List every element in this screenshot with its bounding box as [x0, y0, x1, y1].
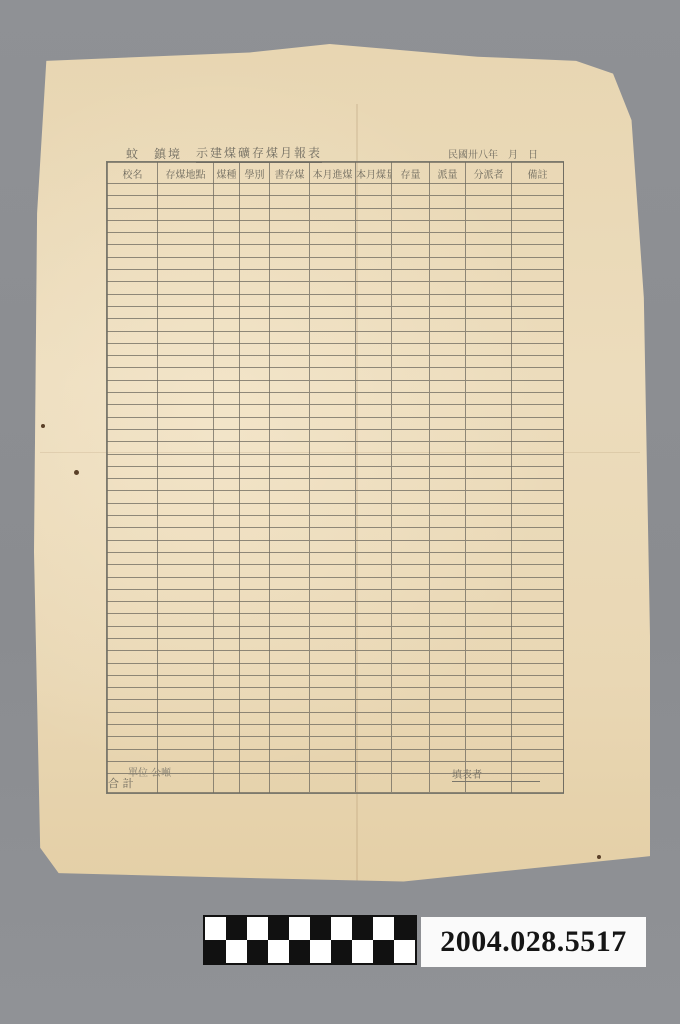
table-cell [240, 208, 270, 220]
accession-number-label: 2004.028.5517 [421, 917, 646, 967]
table-cell [310, 417, 356, 429]
table-cell [466, 675, 512, 687]
table-cell [158, 589, 214, 601]
table-cell [430, 466, 466, 478]
table-cell [270, 208, 310, 220]
table-cell [356, 380, 392, 392]
table-cell [108, 208, 158, 220]
table-cell [158, 540, 214, 552]
scale-square [268, 940, 289, 963]
table-cell [158, 368, 214, 380]
table-cell [356, 405, 392, 417]
table-cell [108, 343, 158, 355]
table-row [108, 700, 564, 712]
table-cell [430, 282, 466, 294]
table-cell [214, 528, 240, 540]
table-cell [392, 528, 430, 540]
table-cell [392, 491, 430, 503]
table-cell [392, 270, 430, 282]
table-cell [214, 368, 240, 380]
table-cell [356, 479, 392, 491]
table-cell [310, 700, 356, 712]
table-cell [466, 257, 512, 269]
table-cell [214, 577, 240, 589]
table-row [108, 306, 564, 318]
table-cell [214, 491, 240, 503]
table-cell [356, 356, 392, 368]
table-cell [108, 417, 158, 429]
table-cell [158, 466, 214, 478]
table-row [108, 184, 564, 196]
table-cell [392, 368, 430, 380]
table-cell [108, 319, 158, 331]
table-cell [270, 565, 310, 577]
table-cell [392, 675, 430, 687]
table-cell [240, 528, 270, 540]
table-cell [356, 270, 392, 282]
title-prefix: 蚊 [126, 145, 140, 162]
scale-square [352, 917, 373, 940]
table-cell [270, 589, 310, 601]
table-row [108, 688, 564, 700]
table-cell [430, 442, 466, 454]
table-cell [512, 306, 564, 318]
table-row [108, 540, 564, 552]
table-cell [430, 343, 466, 355]
table-cell [310, 688, 356, 700]
table-cell [310, 479, 356, 491]
scale-square [289, 917, 310, 940]
table-cell [392, 540, 430, 552]
table-cell [240, 343, 270, 355]
table-cell [430, 565, 466, 577]
table-row [108, 725, 564, 737]
date-line: 民國卅八年 月 日 [448, 146, 538, 161]
table-cell [310, 516, 356, 528]
table-cell [512, 614, 564, 626]
table-cell [240, 614, 270, 626]
table-cell [466, 528, 512, 540]
table-cell [240, 749, 270, 761]
table-cell [356, 737, 392, 749]
table-cell [214, 257, 240, 269]
table-row [108, 380, 564, 392]
table-cell [430, 614, 466, 626]
table-cell [430, 454, 466, 466]
table-cell [430, 725, 466, 737]
table-cell [512, 479, 564, 491]
header-allocator: 分派者 [466, 163, 512, 184]
table-cell [392, 638, 430, 650]
table-cell [108, 675, 158, 687]
table-cell [158, 454, 214, 466]
table-cell [512, 417, 564, 429]
table-cell [466, 442, 512, 454]
table-cell [356, 257, 392, 269]
scale-square [310, 917, 331, 940]
table-cell [108, 651, 158, 663]
table-cell [310, 651, 356, 663]
table-cell [512, 737, 564, 749]
table-cell [214, 614, 240, 626]
table-cell [310, 675, 356, 687]
table-cell [356, 331, 392, 343]
table-cell [392, 454, 430, 466]
table-cell [158, 257, 214, 269]
table-cell [214, 454, 240, 466]
table-cell [240, 257, 270, 269]
table-cell [214, 233, 240, 245]
header-remarks: 備註 [512, 163, 564, 184]
table-cell [430, 626, 466, 638]
table-row [108, 257, 564, 269]
stain-spot [597, 855, 601, 859]
table-cell [214, 663, 240, 675]
table-cell [356, 749, 392, 761]
table-cell [310, 565, 356, 577]
table-cell [310, 626, 356, 638]
table-cell [108, 688, 158, 700]
table-cell [108, 233, 158, 245]
table-cell [158, 429, 214, 441]
table-cell [108, 380, 158, 392]
table-cell [512, 688, 564, 700]
table-header-row: 校名 存煤地點 煤種 學別 書存煤 本月進煤 本月煤量 存量 派量 分派者 備註 [108, 163, 564, 184]
table-cell [430, 220, 466, 232]
table-cell [270, 761, 310, 773]
table-cell [310, 737, 356, 749]
table-cell [108, 638, 158, 650]
table-cell [356, 602, 392, 614]
table-cell [356, 675, 392, 687]
table-cell [158, 393, 214, 405]
table-cell [430, 638, 466, 650]
table-cell [240, 196, 270, 208]
table-cell [158, 245, 214, 257]
table-cell [466, 368, 512, 380]
table-cell [512, 257, 564, 269]
table-cell [356, 491, 392, 503]
table-cell [466, 626, 512, 638]
table-cell [240, 688, 270, 700]
table-cell [430, 688, 466, 700]
scale-square [331, 917, 352, 940]
table-cell [512, 516, 564, 528]
table-cell [158, 356, 214, 368]
table-cell [108, 306, 158, 318]
table-cell [392, 577, 430, 589]
table-row [108, 552, 564, 564]
table-cell [512, 749, 564, 761]
table-cell [356, 503, 392, 515]
table-cell [108, 270, 158, 282]
table-cell [512, 245, 564, 257]
table-cell [356, 208, 392, 220]
table-cell [392, 245, 430, 257]
table-row [108, 282, 564, 294]
table-cell [158, 725, 214, 737]
table-cell [466, 503, 512, 515]
table-cell [512, 380, 564, 392]
table-cell [512, 454, 564, 466]
table-cell [430, 417, 466, 429]
table-cell [158, 552, 214, 564]
table-cell [430, 393, 466, 405]
table-cell [214, 306, 240, 318]
table-cell [108, 528, 158, 540]
table-cell [356, 626, 392, 638]
table-cell [158, 343, 214, 355]
table-cell [392, 257, 430, 269]
table-cell [512, 565, 564, 577]
table-row [108, 614, 564, 626]
table-cell [108, 393, 158, 405]
scale-square [205, 917, 226, 940]
scale-square [373, 940, 394, 963]
table-cell [430, 479, 466, 491]
table-cell [310, 577, 356, 589]
table-cell [214, 208, 240, 220]
table-cell [392, 503, 430, 515]
table-cell [270, 528, 310, 540]
table-cell [466, 208, 512, 220]
table-cell [214, 749, 240, 761]
table-cell [356, 638, 392, 650]
table-cell [512, 602, 564, 614]
table-cell [240, 737, 270, 749]
table-cell [240, 466, 270, 478]
table-cell [214, 589, 240, 601]
table-cell [158, 319, 214, 331]
table-cell [430, 675, 466, 687]
table-cell [466, 516, 512, 528]
table-cell [240, 294, 270, 306]
table-cell [430, 233, 466, 245]
table-cell [240, 417, 270, 429]
table-cell [240, 442, 270, 454]
table-cell [240, 405, 270, 417]
table-cell [310, 454, 356, 466]
table-cell [466, 270, 512, 282]
table-cell [158, 577, 214, 589]
table-cell [270, 737, 310, 749]
table-cell [214, 343, 240, 355]
table-cell [466, 282, 512, 294]
table-cell [270, 516, 310, 528]
table-cell [430, 270, 466, 282]
table-cell [108, 405, 158, 417]
scale-square [226, 940, 247, 963]
table-cell [392, 614, 430, 626]
table-row [108, 405, 564, 417]
table-cell [466, 417, 512, 429]
table-cell [392, 688, 430, 700]
table-cell [158, 516, 214, 528]
table-row [108, 712, 564, 724]
table-cell [158, 294, 214, 306]
table-cell [466, 712, 512, 724]
table-cell [466, 749, 512, 761]
table-cell [240, 602, 270, 614]
table-cell [430, 700, 466, 712]
table-cell [240, 552, 270, 564]
table-cell [270, 503, 310, 515]
table-cell [512, 220, 564, 232]
table-cell [512, 184, 564, 196]
scale-square [394, 940, 415, 963]
scale-square [226, 917, 247, 940]
table-cell [214, 688, 240, 700]
table-cell [356, 466, 392, 478]
table-row [108, 393, 564, 405]
table-cell [214, 675, 240, 687]
table-cell [466, 700, 512, 712]
table-cell [310, 343, 356, 355]
table-cell [356, 577, 392, 589]
table-cell [512, 331, 564, 343]
table-row [108, 503, 564, 515]
table-cell [466, 454, 512, 466]
table-cell [240, 712, 270, 724]
table-cell [270, 466, 310, 478]
header-month-volume: 本月煤量 [356, 163, 392, 184]
table-cell [356, 184, 392, 196]
table-cell [158, 479, 214, 491]
table-row [108, 479, 564, 491]
table-cell [466, 356, 512, 368]
table-cell [466, 294, 512, 306]
table-cell [240, 393, 270, 405]
table-cell [214, 565, 240, 577]
table-cell [108, 479, 158, 491]
table-cell [392, 516, 430, 528]
table-cell [512, 270, 564, 282]
table-cell [214, 393, 240, 405]
table-cell [214, 700, 240, 712]
table-cell [108, 368, 158, 380]
table-cell [108, 712, 158, 724]
table-cell [392, 331, 430, 343]
table-cell [214, 725, 240, 737]
table-cell [392, 602, 430, 614]
table-row [108, 651, 564, 663]
table-cell [430, 540, 466, 552]
table-cell [466, 429, 512, 441]
scale-square [373, 917, 394, 940]
table-cell [108, 725, 158, 737]
table-row [108, 675, 564, 687]
table-cell [240, 725, 270, 737]
table-cell [392, 233, 430, 245]
table-cell [158, 184, 214, 196]
table-cell [392, 196, 430, 208]
table-cell [310, 405, 356, 417]
stain-spot [74, 470, 79, 475]
unit-note: 單位 公噸 [128, 764, 171, 779]
table-cell [108, 442, 158, 454]
table-cell [310, 233, 356, 245]
header-category: 學別 [240, 163, 270, 184]
date-month-label: 月 [508, 146, 518, 161]
table-cell [240, 356, 270, 368]
table-cell [356, 552, 392, 564]
table-cell [108, 454, 158, 466]
table-cell [310, 368, 356, 380]
table-cell [214, 184, 240, 196]
table-cell [214, 602, 240, 614]
table-cell [356, 417, 392, 429]
table-cell [356, 651, 392, 663]
table-cell [310, 725, 356, 737]
table-cell [270, 257, 310, 269]
table-cell [466, 393, 512, 405]
table-cell [240, 651, 270, 663]
table-cell [430, 380, 466, 392]
title-main: 示建煤礦存煤月報表 [196, 144, 322, 163]
table-cell [430, 368, 466, 380]
table-cell [214, 737, 240, 749]
table-cell [108, 196, 158, 208]
table-cell [356, 393, 392, 405]
table-cell [270, 712, 310, 724]
table-cell [392, 442, 430, 454]
table-cell [512, 405, 564, 417]
scale-square [247, 917, 268, 940]
table-cell [214, 417, 240, 429]
table-cell [108, 626, 158, 638]
table-cell [270, 331, 310, 343]
table-row [108, 270, 564, 282]
table-cell [356, 442, 392, 454]
table-cell [158, 331, 214, 343]
table-cell [392, 479, 430, 491]
table-cell [270, 638, 310, 650]
table-cell [430, 552, 466, 564]
table-cell [310, 220, 356, 232]
table-row [108, 331, 564, 343]
header-storage-location: 存煤地點 [158, 163, 214, 184]
filled-by-label: 填表者 [452, 766, 540, 782]
table-cell [512, 540, 564, 552]
table-cell [158, 503, 214, 515]
table-cell [240, 491, 270, 503]
table-cell [158, 651, 214, 663]
table-cell [240, 638, 270, 650]
table-cell [240, 540, 270, 552]
table-cell [356, 614, 392, 626]
table-cell [310, 442, 356, 454]
table-cell [108, 737, 158, 749]
table-cell [392, 405, 430, 417]
table-cell [108, 577, 158, 589]
table-cell [214, 626, 240, 638]
table-cell [158, 405, 214, 417]
table-row [108, 208, 564, 220]
table-row [108, 749, 564, 761]
table-cell [466, 602, 512, 614]
table-cell [356, 700, 392, 712]
scale-square [289, 940, 310, 963]
table-cell [430, 589, 466, 601]
table-cell [214, 282, 240, 294]
table-cell [240, 306, 270, 318]
table-row [108, 663, 564, 675]
scale-square [310, 940, 331, 963]
table-cell [158, 491, 214, 503]
scale-square [352, 940, 373, 963]
table-cell [270, 675, 310, 687]
table-cell [310, 602, 356, 614]
